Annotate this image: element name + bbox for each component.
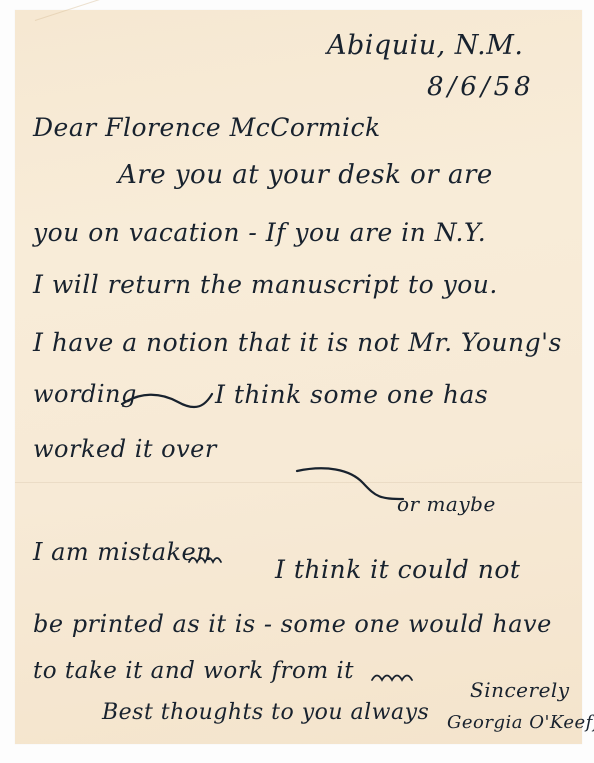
letter-place: Abiquiu, N.M. (327, 30, 524, 61)
body-line-2: you on vacation - If you are in N.Y. (33, 218, 486, 247)
letter-signature: Georgia O'Keeffe (447, 712, 594, 733)
body-line-7: worked it over (33, 435, 217, 463)
letter-closing: Best thoughts to you always (102, 700, 429, 725)
paper-crease (35, 0, 121, 21)
dash-swash-1 (120, 388, 215, 412)
letter-salutation: Dear Florence McCormick (33, 113, 381, 142)
body-line-11: be printed as it is - some one would hav… (33, 610, 552, 638)
dash-squiggle-1 (187, 552, 223, 566)
dash-swash-2 (295, 465, 405, 505)
letter-signoff: Sincerely (470, 678, 570, 702)
body-line-3: I will return the manuscript to you. (33, 270, 498, 299)
body-line-6: I think some one has (215, 380, 488, 409)
body-line-8: or maybe (397, 492, 496, 516)
body-line-4: I have a notion that it is not Mr. Young… (33, 328, 562, 357)
body-line-1: Are you at your desk or are (118, 160, 493, 190)
body-line-9: I am mistaken (33, 538, 212, 566)
body-line-12: to take it and work from it (33, 658, 354, 684)
body-line-10: I think it could not (275, 555, 520, 584)
dash-squiggle-2 (370, 670, 414, 684)
letter-date: 8/6/58 (427, 72, 535, 102)
letter-page: Abiquiu, N.M. 8/6/58 Dear Florence McCor… (15, 10, 582, 744)
